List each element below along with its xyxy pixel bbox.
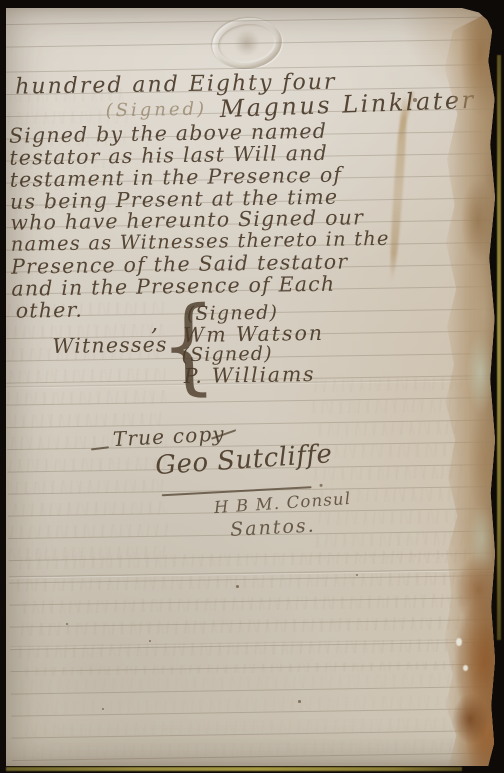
witness-label: Witnesses [52, 333, 168, 357]
bleedthrough-texture [312, 377, 465, 559]
fox-spot [149, 640, 151, 642]
witness-comma: , [151, 312, 160, 336]
document-page: hundred and Eighty four (Signed) Magnus … [6, 8, 496, 766]
witness-entry: P. Williams [184, 363, 316, 388]
fox-spot [66, 623, 68, 625]
fox-spot [236, 585, 239, 588]
paper-fleck [463, 665, 468, 671]
bleedthrough-texture [19, 672, 480, 769]
fox-spot [413, 98, 417, 102]
fox-spot [356, 574, 358, 576]
underlying-page-edge-bottom [6, 767, 462, 771]
paper-fleck [456, 638, 462, 646]
stain-bottom-right [416, 551, 496, 766]
consul-place: Santos. [230, 516, 316, 541]
handwritten-line: other. [16, 299, 84, 323]
true-copy-label: True copy [112, 422, 225, 450]
underlying-page-edge-right [497, 55, 501, 640]
photo-background: hundred and Eighty four (Signed) Magnus … [0, 0, 504, 773]
fox-spot [298, 700, 301, 703]
signed-label: (Signed) [105, 100, 207, 121]
fox-spot [102, 708, 104, 710]
ink-dot [320, 484, 323, 487]
